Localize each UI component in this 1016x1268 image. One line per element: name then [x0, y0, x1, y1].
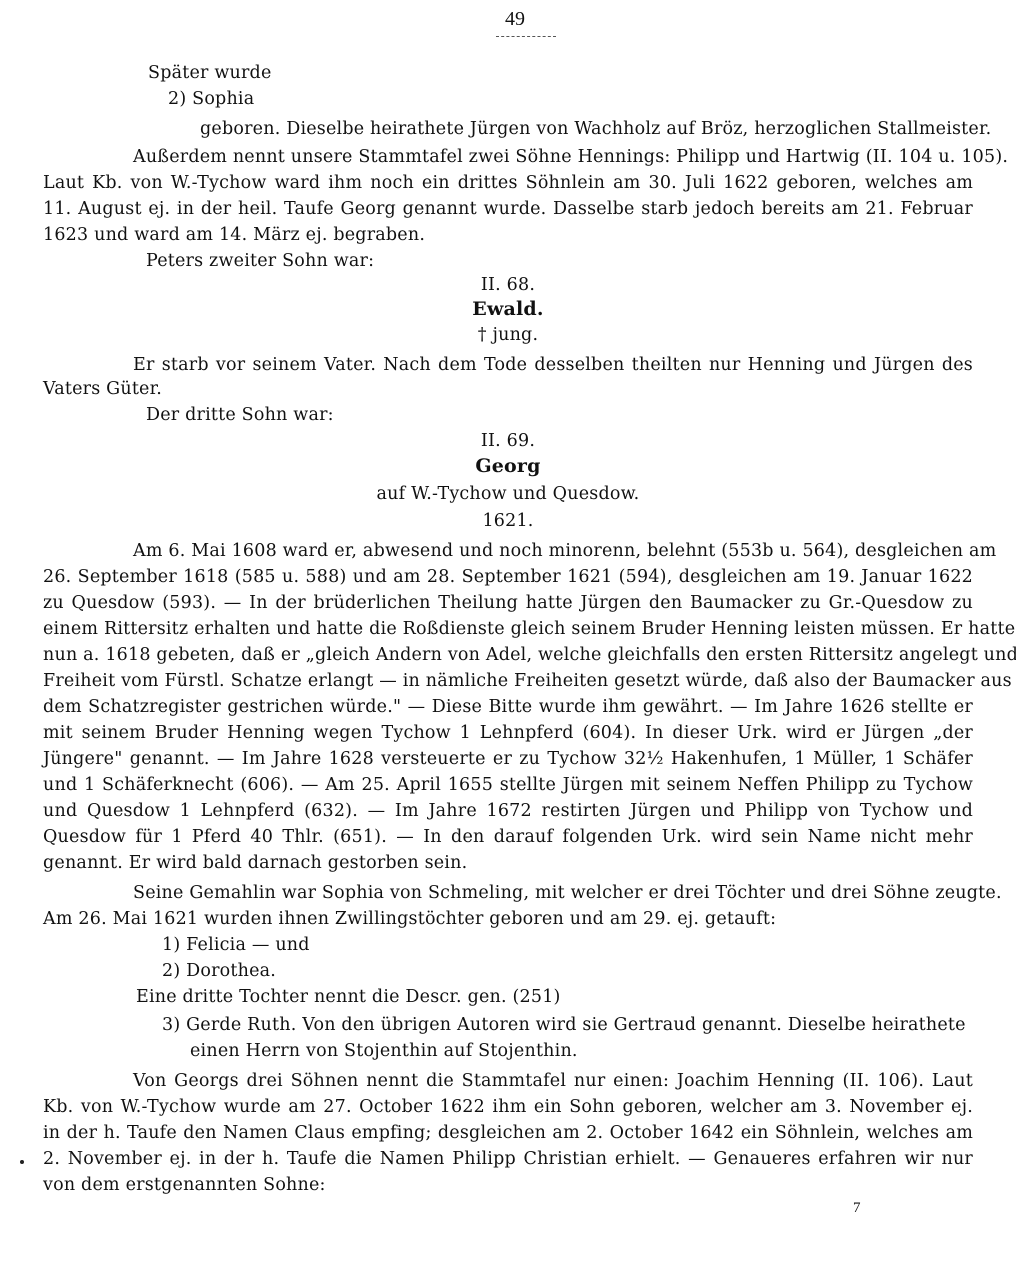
- text-line: in der h. Taufe den Namen Claus empfing;…: [43, 1122, 973, 1144]
- signature-mark: 7: [853, 1200, 861, 1217]
- text-line: 2) Dorothea.: [162, 960, 276, 982]
- text-line: Laut Kb. von W.-Tychow ward ihm noch ein…: [43, 172, 973, 194]
- text-line: und Quesdow 1 Lehnpferd (632). — Im Jahr…: [43, 800, 973, 822]
- text-line: genannt. Er wird bald darnach gestorben …: [43, 852, 467, 874]
- text-line: nun a. 1618 gebeten, daß er „gleich Ande…: [43, 644, 973, 666]
- text-line: Seine Gemahlin war Sophia von Schmeling,…: [133, 882, 973, 904]
- text-line: 1623 und ward am 14. März ej. begraben.: [43, 224, 425, 246]
- text-line: 2. November ej. in der h. Taufe die Name…: [43, 1148, 973, 1170]
- section-year: 1621.: [0, 510, 1016, 532]
- text-line: 2) Sophia: [168, 88, 254, 110]
- section-heading: Georg: [0, 455, 1016, 477]
- text-line: Außerdem nennt unsere Stammtafel zwei Sö…: [133, 146, 973, 168]
- page-number: 49: [0, 8, 1016, 31]
- text-line: dem Schatzregister gestrichen würde." — …: [43, 696, 973, 718]
- text-line: einem Rittersitz erhalten und hatte die …: [43, 618, 973, 640]
- section-number: II. 68.: [0, 274, 1016, 296]
- section-number: II. 69.: [0, 430, 1016, 452]
- section-subtitle: † jung.: [0, 324, 1016, 346]
- text-line: Er starb vor seinem Vater. Nach dem Tode…: [133, 354, 973, 376]
- text-line: Vaters Güter.: [43, 378, 162, 400]
- text-line: zu Quesdow (593). — In der brüderlichen …: [43, 592, 973, 614]
- text-line: von dem erstgenannten Sohne:: [43, 1174, 326, 1196]
- text-line: Der dritte Sohn war:: [146, 404, 334, 426]
- text-line: und 1 Schäferknecht (606). — Am 25. Apri…: [43, 774, 973, 796]
- section-heading: Ewald.: [0, 298, 1016, 320]
- text-line: Jüngere" genannt. — Im Jahre 1628 verste…: [43, 748, 973, 770]
- text-line: 1) Felicia — und: [162, 934, 310, 956]
- text-line: mit seinem Bruder Henning wegen Tychow 1…: [43, 722, 973, 744]
- section-subtitle: auf W.-Tychow und Quesdow.: [0, 483, 1016, 505]
- margin-mark: [20, 1160, 24, 1164]
- text-line: 3) Gerde Ruth. Von den übrigen Autoren w…: [162, 1014, 966, 1036]
- text-line: Freiheit vom Fürstl. Schatze erlangt — i…: [43, 670, 973, 692]
- text-line: Am 26. Mai 1621 wurden ihnen Zwillingstö…: [43, 908, 776, 930]
- text-line: geboren. Dieselbe heirathete Jürgen von …: [200, 118, 991, 140]
- text-line: einen Herrn von Stojenthin auf Stojenthi…: [190, 1040, 578, 1062]
- text-line: 26. September 1618 (585 u. 588) und am 2…: [43, 566, 973, 588]
- text-line: Kb. von W.-Tychow wurde am 27. October 1…: [43, 1096, 973, 1118]
- text-line: Peters zweiter Sohn war:: [146, 250, 374, 272]
- header-rule: [496, 36, 556, 37]
- text-line: Am 6. Mai 1608 ward er, abwesend und noc…: [133, 540, 973, 562]
- text-line: Von Georgs drei Söhnen nennt die Stammta…: [133, 1070, 973, 1092]
- text-line: Später wurde: [148, 62, 272, 84]
- text-line: Eine dritte Tochter nennt die Descr. gen…: [136, 986, 561, 1008]
- text-line: 11. August ej. in der heil. Taufe Georg …: [43, 198, 973, 220]
- text-line: Quesdow für 1 Pferd 40 Thlr. (651). — In…: [43, 826, 973, 848]
